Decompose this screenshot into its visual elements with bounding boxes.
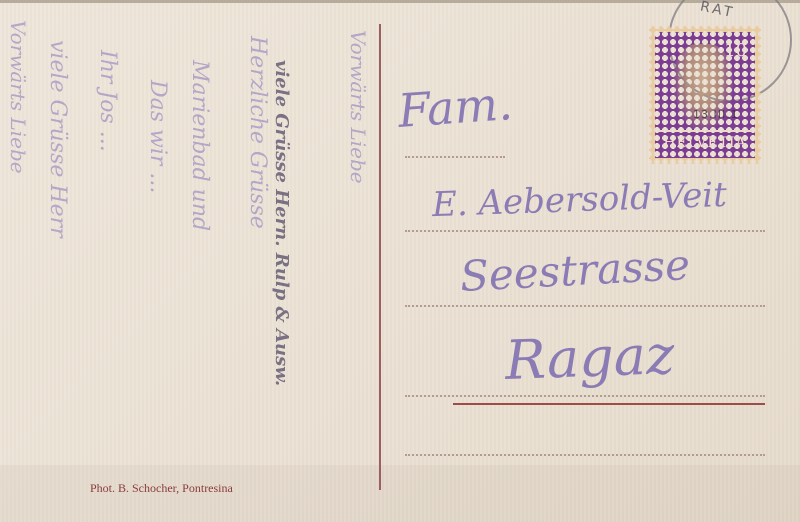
- destination-underline: [453, 403, 765, 405]
- address-line-2: E. Aebersold-Veit: [431, 175, 727, 225]
- address-dotted-line: [405, 395, 765, 397]
- message-column: viele Grüsse Herr: [45, 40, 70, 238]
- stamp-value: 10: [724, 40, 747, 61]
- postmark-date: 13.III.1: [693, 108, 739, 121]
- message-column: Marienbad und: [187, 60, 212, 231]
- message-column: Ihr Jos ...: [95, 50, 120, 152]
- stamp-country-label: HELVETIA: [655, 130, 755, 154]
- address-line-1: Fam.: [396, 76, 514, 138]
- message-column: Vorwärts Liebe: [346, 30, 370, 184]
- center-divider-line: [379, 24, 381, 490]
- address-line-4: Ragaz: [504, 323, 675, 392]
- address-dotted-line: [405, 305, 765, 307]
- address-dotted-line: [405, 454, 765, 456]
- message-column: Das wir ...: [145, 80, 170, 193]
- address-dotted-line: [405, 156, 505, 158]
- message-column-stamped: viele Grüsse Hern. Rulp & Ausw.: [271, 60, 292, 386]
- message-column: Vorwärts Liebe: [6, 20, 30, 174]
- stamp-face: 10 HELVETIA: [655, 32, 755, 158]
- postcard-back: Vorwärts Liebe viele Grüsse Hern. Rulp &…: [0, 0, 800, 522]
- postage-stamp: 10 HELVETIA: [649, 26, 761, 164]
- address-line-3: Seestrasse: [459, 240, 691, 301]
- address-dotted-line: [405, 230, 765, 232]
- message-column: Herzliche Grüsse: [245, 36, 270, 229]
- publisher-credit: Phot. B. Schocher, Pontresina: [90, 481, 233, 496]
